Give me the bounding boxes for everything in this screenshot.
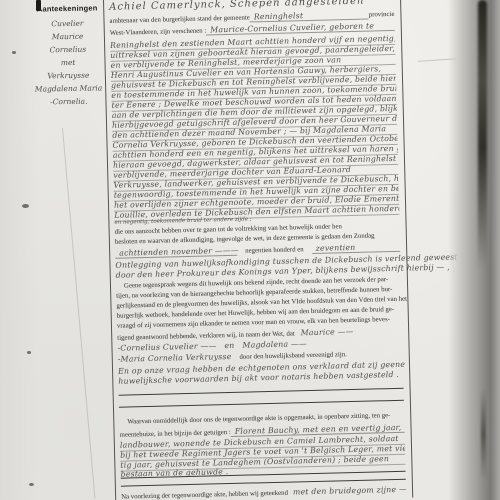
witnesses-printed-text: meentehuize, in het bijzijn der getuigen… bbox=[120, 429, 231, 439]
province-label: provincie bbox=[369, 11, 395, 19]
annotation-line: Cuvelier bbox=[33, 16, 101, 30]
binding-dark-streak bbox=[481, 388, 486, 480]
ink-speck bbox=[22, 204, 29, 208]
blank-ruled-line bbox=[119, 400, 404, 408]
binding-dark-streak bbox=[478, 0, 487, 268]
ink-speck bbox=[12, 51, 16, 54]
groom-first-name-handwritten: Maurice —— bbox=[295, 326, 403, 338]
signatures-line: Na voorlezing der tegenwoordige akte, he… bbox=[121, 485, 406, 500]
book-binding-shadow bbox=[448, 0, 500, 500]
signatures-printed-text: Na voorlezing der tegenwoordige akte, he… bbox=[121, 490, 288, 500]
groom-intro-handwritten: Maurice-Cornelius Cuvelier, geboren te bbox=[206, 21, 395, 36]
banns-date-handwritten: achttienden november ——— bbox=[115, 246, 237, 259]
joiner-handwritten: en bbox=[224, 341, 234, 350]
registrar-printed-text: ambtenaar van den burgerlijken stand der… bbox=[109, 14, 249, 24]
bride-name-handwritten: -Maria Cornelia Verkruysse bbox=[118, 352, 232, 364]
year-printed-text: negentien honderd en bbox=[245, 246, 304, 254]
blank-ruled-line bbox=[119, 388, 404, 396]
annotation-line: Maurice Cornelius bbox=[34, 29, 102, 56]
document-page: Aanteekeningen Cuvelier Maurice Corneliu… bbox=[0, 0, 500, 500]
act-body-column: Achiel Camerlynck, Schepen aangestelden … bbox=[103, 0, 413, 500]
groom-name-handwritten: -Cornelius Cuvelier —— bbox=[117, 341, 216, 352]
year-handwritten: zeventien bbox=[312, 242, 401, 254]
annotation-line: Magdalena Maria bbox=[34, 81, 102, 95]
signatures-handwritten: met den bruidegom zijne —— bbox=[288, 485, 406, 497]
annotation-line: Verkruysse bbox=[34, 68, 102, 82]
ink-speck bbox=[29, 483, 34, 486]
page-fold-crease bbox=[62, 128, 95, 499]
annotation-line: met bbox=[34, 55, 102, 69]
appeared-printed-text: West-Vlaanderen, zijn verschenen : bbox=[110, 27, 207, 36]
annotations-header: Aanteekeningen bbox=[33, 3, 101, 13]
annotations-column: Aanteekeningen Cuvelier Maurice Corneliu… bbox=[33, 3, 103, 108]
ink-speck bbox=[27, 351, 31, 354]
annotation-line: -Cornelia. bbox=[35, 94, 103, 108]
united-printed-text: door den huwelijksband vereenigd zijn. bbox=[239, 351, 347, 361]
municipality-handwritten: Reninghelst bbox=[250, 10, 369, 23]
bride-first-name-handwritten: Magdalena —— bbox=[242, 339, 307, 350]
